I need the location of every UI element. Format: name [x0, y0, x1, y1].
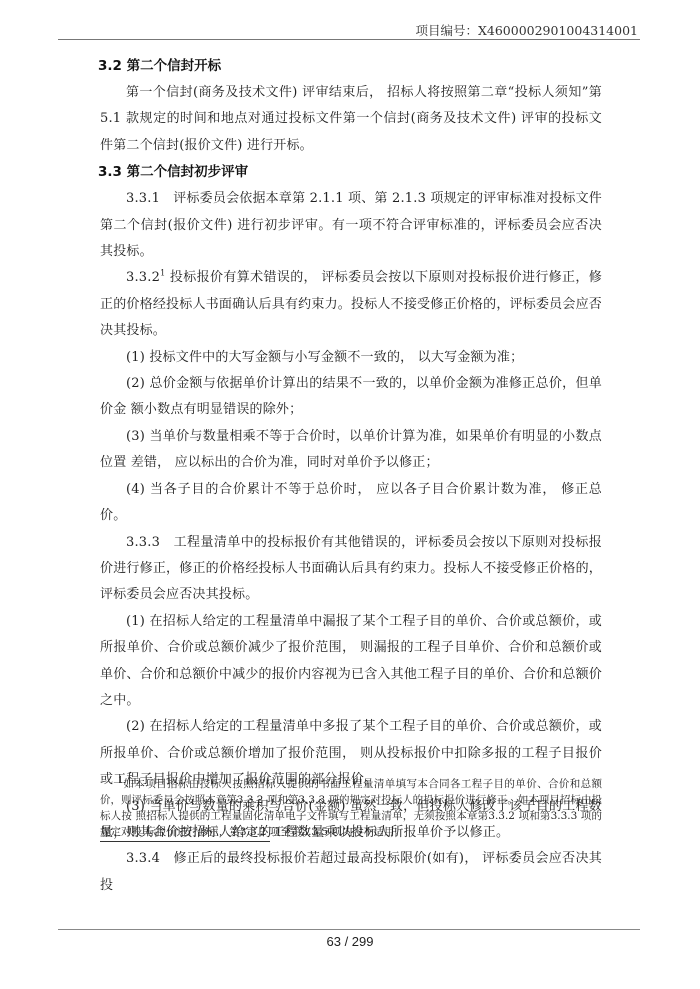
paragraph-3-3-3: 3.3.3 工程量清单中的投标报价有其他错误的，评标委员会按以下原则对投标报价进…: [100, 530, 602, 609]
rule-3-3-2-2: (2) 总价金额与依据单价计算出的结果不一致的，以单价金额为准修正总价，但单价金…: [100, 371, 602, 424]
rule-3-3-2-3: (3) 当单价与数量相乘不等于合价时，以单价计算为准，如果单价有明显的小数点位置…: [100, 424, 602, 477]
item-number: 3.3.2: [126, 270, 160, 285]
rule-3-3-2-1: (1) 投标文件中的大写金额与小写金额不一致的， 以大写金额为准；: [100, 345, 602, 371]
footer-divider: [58, 929, 640, 930]
rule-3-3-3-1: (1) 在招标人给定的工程量清单中漏报了某个工程子目的单价、合价或总额价，或所报…: [100, 609, 602, 715]
section-heading-3-2: 3.2 第二个信封开标: [98, 54, 602, 78]
rule-3-3-2-4: (4) 当各子目的合价累计不等于总价时， 应以各子目合价累计数为准， 修正总价。: [100, 477, 602, 530]
paragraph-3-3-4: 3.3.4 修正后的最终投标报价若超过最高投标限价(如有)， 评标委员会应否决其…: [100, 846, 602, 899]
section-heading-3-3: 3.3 第二个信封初步评审: [98, 160, 602, 184]
item-text: 投标报价有算术错误的， 评标委员会按以下原则对投标报价进行修正，修正的价格经投标…: [100, 270, 602, 338]
footnote: 1如本项目招标由投标人按照招标人提供的书面工程量清单填写本合同各工程子目的单价、…: [100, 776, 602, 840]
paragraph-3-3-1: 3.3.1 评标委员会依据本章第 2.1.1 项、第 2.1.3 项规定的评审标…: [100, 186, 602, 265]
paragraph-3-2: 第一个信封(商务及技术文件) 评审结束后， 招标人将按照第二章“投标人须知”第 …: [100, 80, 602, 159]
paragraph-3-3-2: 3.3.21 投标报价有算术错误的， 评标委员会按以下原则对投标报价进行修正，修…: [100, 265, 602, 344]
project-number: 项目编号：X4600002901004314001: [415, 23, 640, 38]
document-body: 3.2 第二个信封开标 第一个信封(商务及技术文件) 评审结束后， 招标人将按照…: [100, 54, 602, 899]
page-header: 项目编号：X4600002901004314001: [58, 20, 640, 40]
footnote-separator: [100, 841, 270, 842]
footnote-text: 如本项目招标由投标人按照招标人提供的书面工程量清单填写本合同各工程子目的单价、合…: [100, 778, 602, 838]
page-number: 63 / 299: [0, 934, 700, 949]
